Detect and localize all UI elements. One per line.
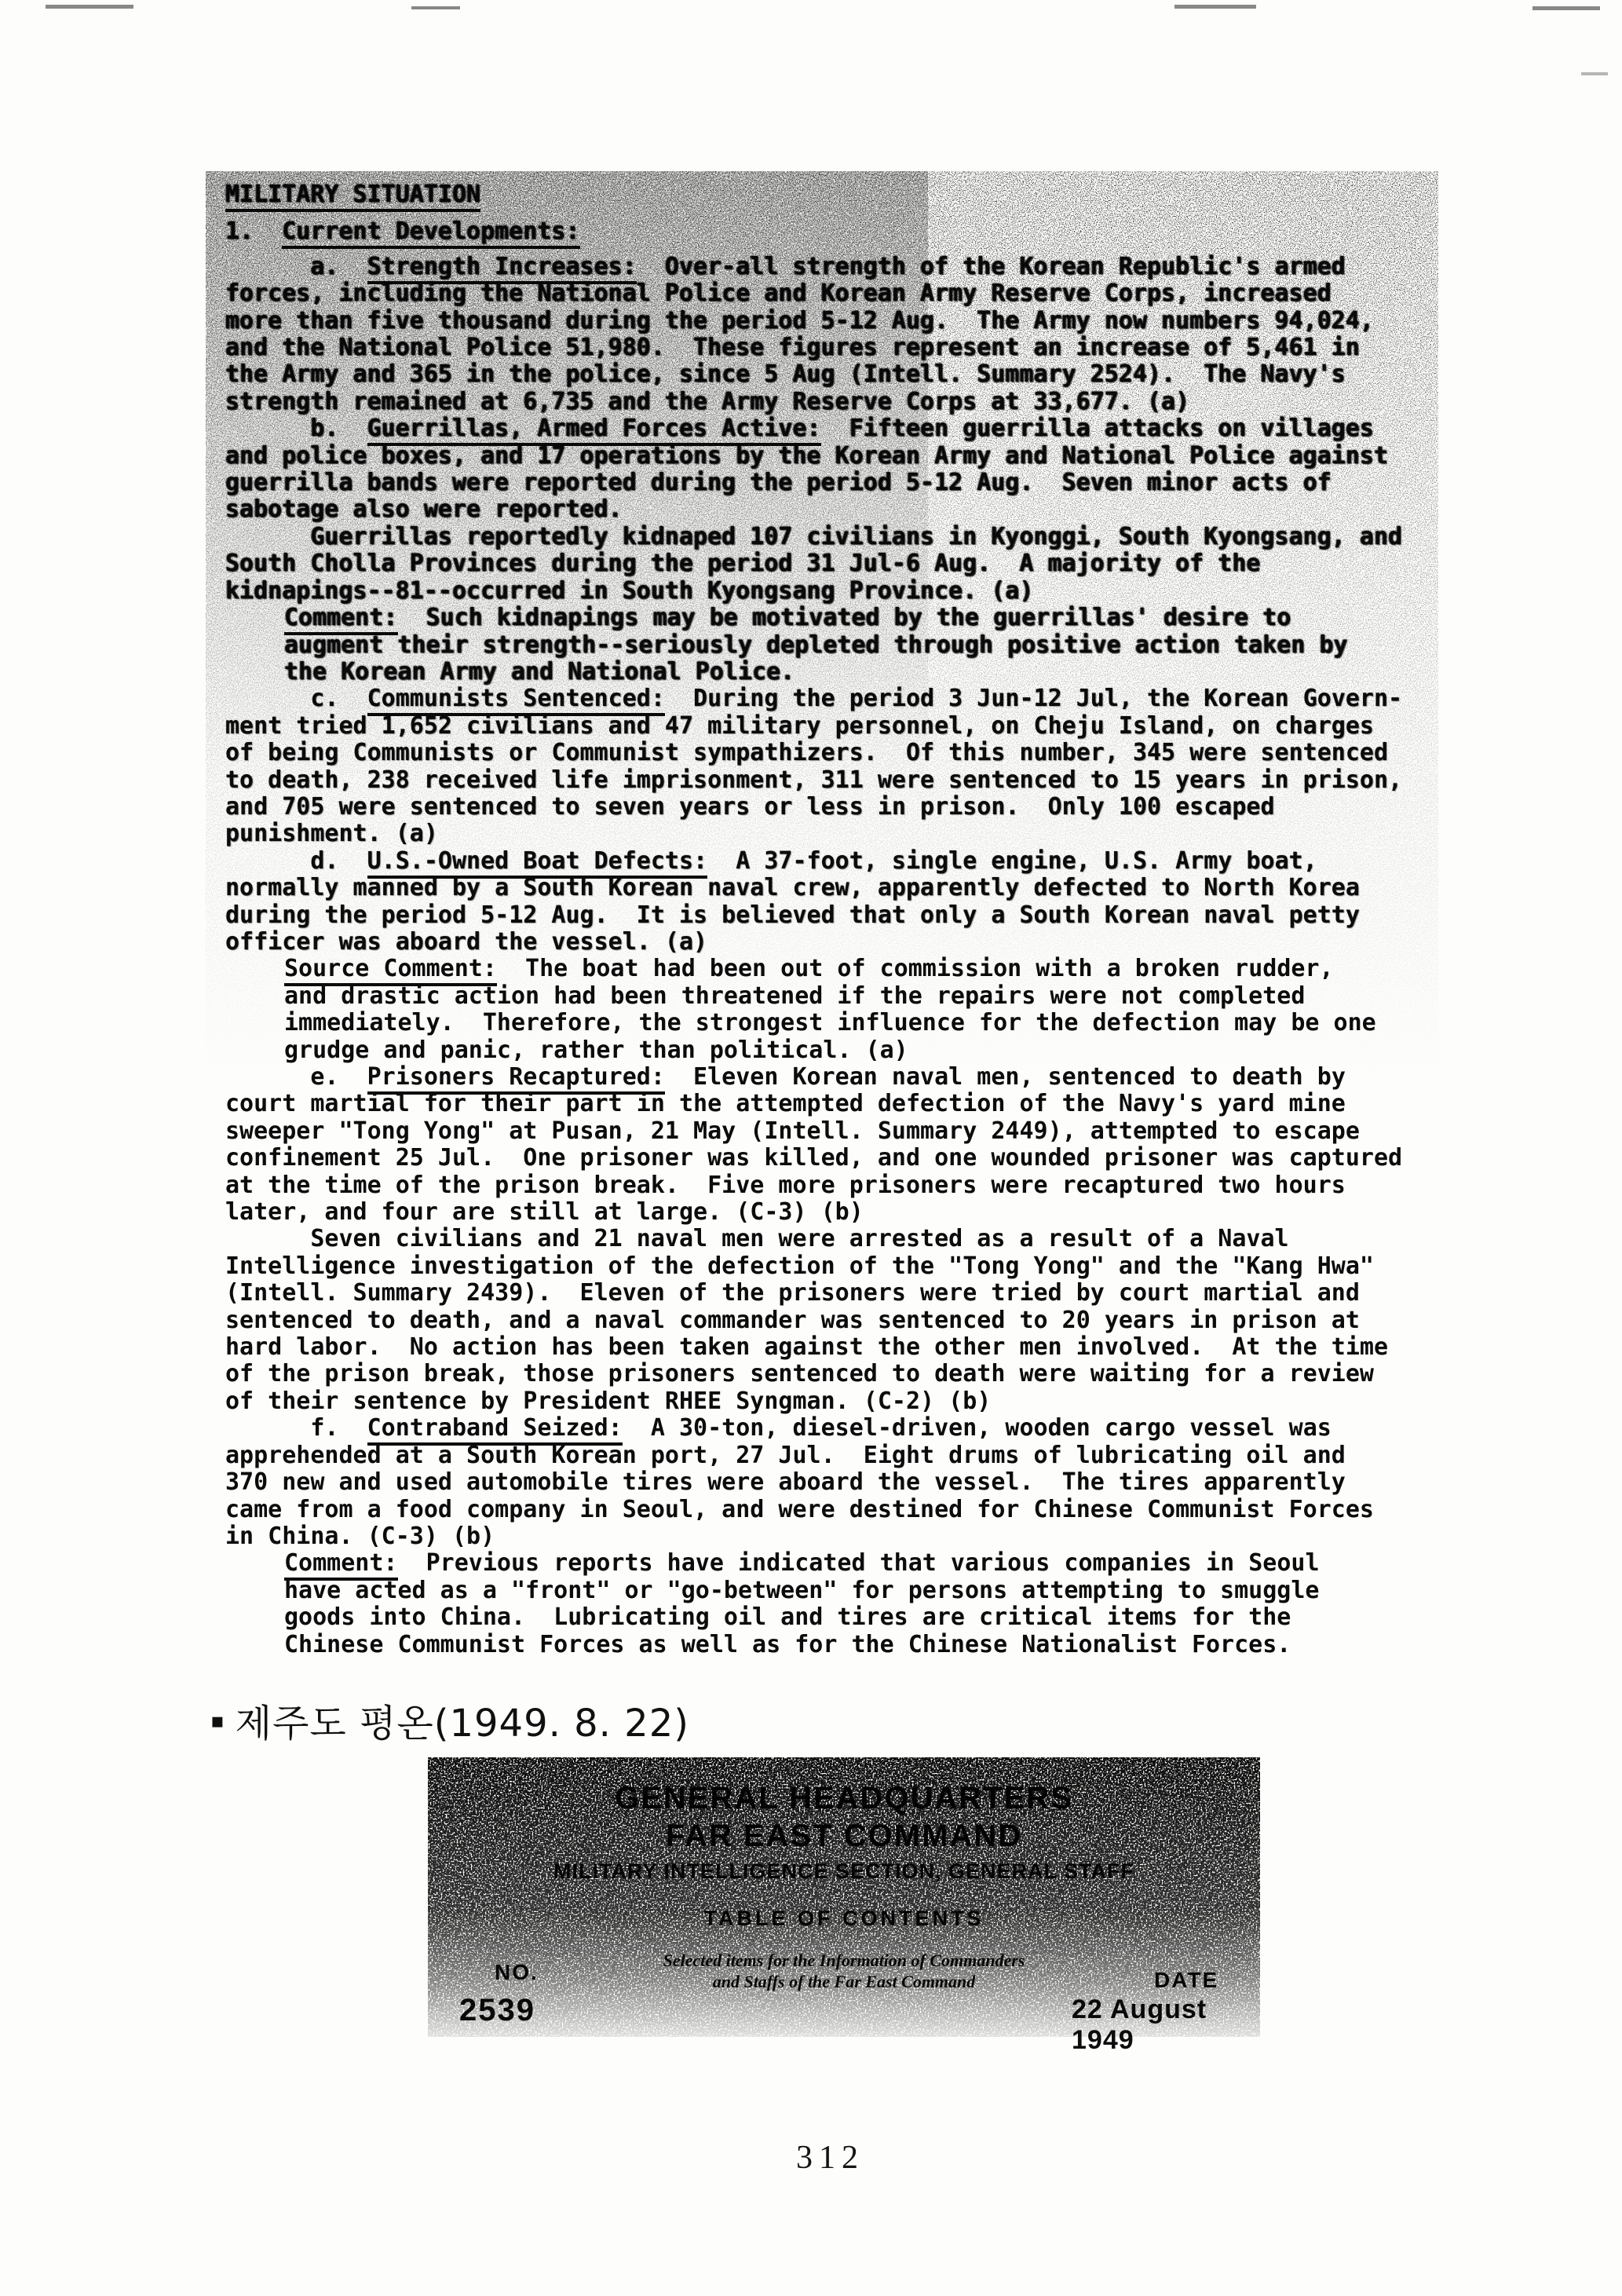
paragraph-prefix: d. xyxy=(225,847,367,875)
ghq-title: GENERAL HEADQUARTERS xyxy=(428,1781,1260,1816)
paragraph: e. Prisoners Recaptured: Eleven Korean n… xyxy=(225,1064,1497,1226)
paragraph-body: Such kidnapings may be motivated by the … xyxy=(284,604,1348,686)
paragraph: a. Strength Increases: Over-all strength… xyxy=(225,254,1497,415)
issue-date: 22 August 1949 xyxy=(1072,1994,1260,2056)
paragraph: d. U.S.-Owned Boat Defects: A 37-foot, s… xyxy=(225,848,1497,956)
paragraph-prefix: a. xyxy=(225,253,367,280)
ghq-subtitle: FAR EAST COMMAND xyxy=(428,1819,1260,1854)
toc-heading: TABLE OF CONTENTS xyxy=(428,1907,1260,1931)
section-title-text: MILITARY SITUATION xyxy=(225,181,480,212)
paragraph-prefix: b. xyxy=(225,415,367,442)
scan-artifact xyxy=(46,5,133,9)
paragraph-prefix: e. xyxy=(225,1063,367,1091)
paragraph-body: Guerrillas reportedly kidnaped 107 civil… xyxy=(225,523,1402,605)
toc-tagline-1: Selected items for the Information of Co… xyxy=(428,1951,1260,1971)
paragraph-prefix: c. xyxy=(225,685,367,712)
scan-artifact xyxy=(1174,5,1256,9)
korean-annotation-text: 제주도 평온(1949. 8. 22) xyxy=(236,1702,689,1746)
paragraph-prefix: f. xyxy=(225,1414,367,1442)
scan-artifact xyxy=(411,6,460,9)
paragraph-list: a. Strength Increases: Over-all strength… xyxy=(225,254,1497,1658)
section-title: MILITARY SITUATION xyxy=(225,181,1497,208)
ghq-section-line: MILITARY INTELLIGENCE SECTION, GENERAL S… xyxy=(428,1859,1260,1884)
paragraph: Source Comment: The boat had been out of… xyxy=(225,956,1497,1064)
heading-space xyxy=(254,218,282,245)
korean-annotation: ▪제주도 평온(1949. 8. 22) xyxy=(210,1693,689,1747)
no-label: NO. xyxy=(495,1960,539,1985)
section-heading: 1. Current Developments: xyxy=(225,218,1497,245)
paragraph: Comment: Such kidnapings may be motivate… xyxy=(225,605,1497,686)
paragraph: b. Guerrillas, Armed Forces Active: Fift… xyxy=(225,415,1497,524)
date-label: DATE xyxy=(1154,1968,1218,1993)
ghq-toc-block: GENERAL HEADQUARTERS FAR EAST COMMAND MI… xyxy=(428,1759,1260,2035)
paragraph-body: Previous reports have indicated that var… xyxy=(284,1549,1320,1658)
heading-number: 1. xyxy=(225,218,254,245)
paragraph-body: Seven civilians and 21 naval men were ar… xyxy=(225,1225,1388,1414)
issue-number: 2539 xyxy=(459,1993,535,2028)
paragraph: Guerrillas reportedly kidnaped 107 civil… xyxy=(225,524,1497,605)
heading-text: Current Developments: xyxy=(282,218,579,249)
document-body: MILITARY SITUATION 1. Current Developmen… xyxy=(225,181,1497,1658)
toc-tagline-2: and Staffs of the Far East Command xyxy=(428,1972,1260,1992)
page-number: 312 xyxy=(796,2139,864,2177)
scan-artifact xyxy=(1581,72,1608,75)
scan-artifact xyxy=(1532,6,1600,10)
paragraph: Seven civilians and 21 naval men were ar… xyxy=(225,1226,1497,1415)
paragraph: f. Contraband Seized: A 30-ton, diesel-d… xyxy=(225,1415,1497,1550)
bullet-square-icon: ▪ xyxy=(210,1709,225,1733)
paragraph: c. Communists Sentenced: During the peri… xyxy=(225,686,1497,847)
scanned-page: MILITARY SITUATION 1. Current Developmen… xyxy=(0,0,1622,2296)
paragraph: Comment: Previous reports have indicated… xyxy=(225,1550,1497,1658)
